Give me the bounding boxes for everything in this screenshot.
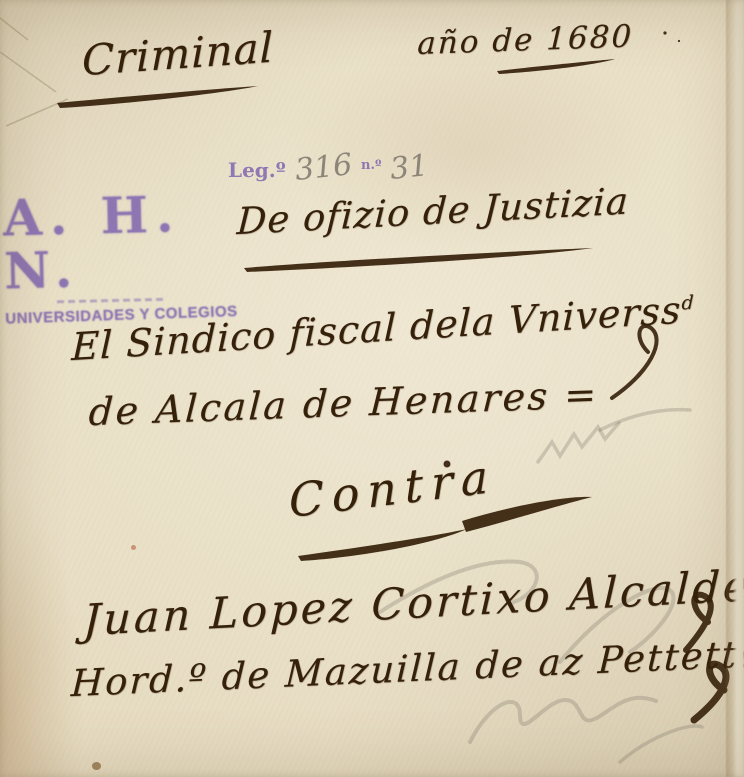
pencil-scribble: [470, 698, 656, 742]
torn-paper-edge: [726, 0, 744, 777]
pencil-scribble: [600, 410, 690, 430]
case-title: De ofizio de Justizia: [236, 179, 630, 243]
criminal-label: Criminal: [82, 23, 274, 86]
plaintiff-line-1-superscript: d: [681, 292, 694, 315]
paper-stain-spot: [131, 545, 136, 550]
defendant-line-2: Hord.º de Mazuilla de az Pettetta: [70, 632, 744, 705]
pencil-scribble: [620, 726, 702, 762]
legajo-number: 316: [293, 147, 354, 188]
numero-label: n.º: [361, 158, 381, 173]
year-underline: [497, 59, 615, 74]
contra-underline: [298, 529, 467, 561]
ink-speck: [663, 31, 666, 34]
legajo-reference-stamp: Leg.º 316 n.º 31: [228, 150, 429, 185]
ahn-initials: A. H. N.: [3, 188, 223, 298]
title-underline: [244, 248, 593, 272]
paper-stain-spot: [92, 762, 101, 770]
paper-crease-lines: [0, 18, 68, 126]
legajo-label: Leg.º: [228, 158, 286, 182]
ink-flourish: [612, 326, 657, 398]
plaintiff-line-2: de Alcala de Henares =: [88, 372, 600, 434]
ahn-archive-stamp: A. H. N. UNIVERSIDADES Y COLEGIOS: [3, 188, 224, 327]
ahn-stamp-ornament: [57, 298, 165, 303]
expediente-number: 31: [389, 148, 431, 187]
year-label: año de 1680: [417, 18, 634, 62]
defendant-line-1: Juan Lopez Cortixo Alcalde: [82, 561, 744, 646]
versus-label: Contra: [288, 449, 497, 529]
pencil-scribble: [538, 423, 619, 462]
ink-speck: [678, 40, 680, 42]
manuscript-page: Criminal año de 1680 Leg.º 316 n.º 31 A.…: [0, 0, 744, 777]
criminal-underline: [57, 86, 258, 108]
